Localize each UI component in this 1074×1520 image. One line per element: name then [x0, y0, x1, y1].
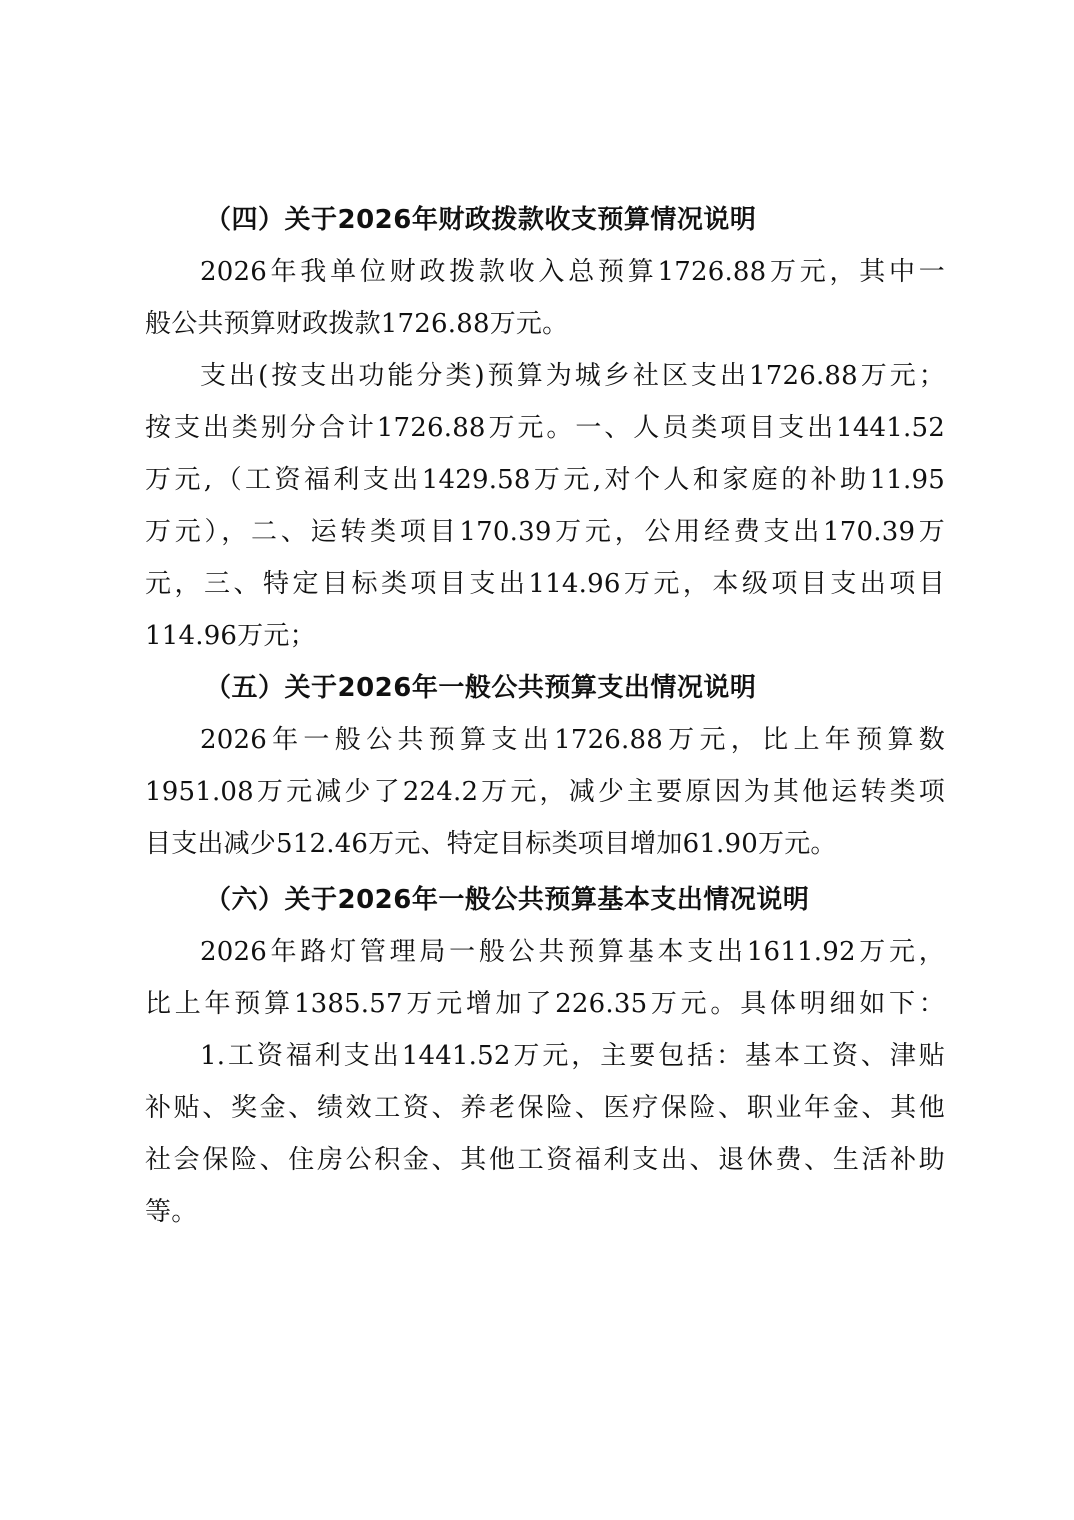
paragraph-line: 1.工资福利支出1441.52万元，主要包括：基本工资、津贴 — [200, 1036, 945, 1076]
paragraph-line: 等。 — [145, 1192, 945, 1232]
section-heading-5: （五）关于2026年一般公共预算支出情况说明 — [205, 668, 756, 708]
paragraph-line: 万元,（工资福利支出1429.58万元,对个人和家庭的补助11.95 — [145, 460, 945, 500]
paragraph-line: 补贴、奖金、绩效工资、养老保险、医疗保险、职业年金、其他 — [145, 1088, 945, 1128]
paragraph-line: 按支出类别分合计1726.88万元。一、人员类项目支出1441.52 — [145, 408, 945, 448]
paragraph-line: 万元），二、运转类项目170.39万元，公用经费支出170.39万 — [145, 512, 945, 552]
document-page: （四）关于2026年财政拨款收支预算情况说明 2026年我单位财政拨款收入总预算… — [0, 0, 1074, 1520]
paragraph-line: 元，三、特定目标类项目支出114.96万元，本级项目支出项目 — [145, 564, 945, 604]
paragraph-line: 1951.08万元减少了224.2万元，减少主要原因为其他运转类项 — [145, 772, 945, 812]
paragraph-line: 比上年预算1385.57万元增加了226.35万元。具体明细如下： — [145, 984, 945, 1024]
section-heading-6: （六）关于2026年一般公共预算基本支出情况说明 — [205, 880, 809, 920]
section-heading-4: （四）关于2026年财政拨款收支预算情况说明 — [205, 200, 756, 240]
paragraph-line: 114.96万元； — [145, 616, 945, 656]
paragraph-line: 2026年一般公共预算支出1726.88万元，比上年预算数 — [200, 720, 945, 760]
paragraph-line: 社会保险、住房公积金、其他工资福利支出、退休费、生活补助 — [145, 1140, 945, 1180]
paragraph-line: 支出(按支出功能分类)预算为城乡社区支出1726.88万元； — [200, 356, 945, 396]
paragraph-line: 2026年我单位财政拨款收入总预算1726.88万元，其中一 — [200, 252, 945, 292]
paragraph-line: 2026年路灯管理局一般公共预算基本支出1611.92万元， — [200, 932, 945, 972]
paragraph-line: 目支出减少512.46万元、特定目标类项目增加61.90万元。 — [145, 824, 945, 864]
paragraph-line: 般公共预算财政拨款1726.88万元。 — [145, 304, 945, 344]
